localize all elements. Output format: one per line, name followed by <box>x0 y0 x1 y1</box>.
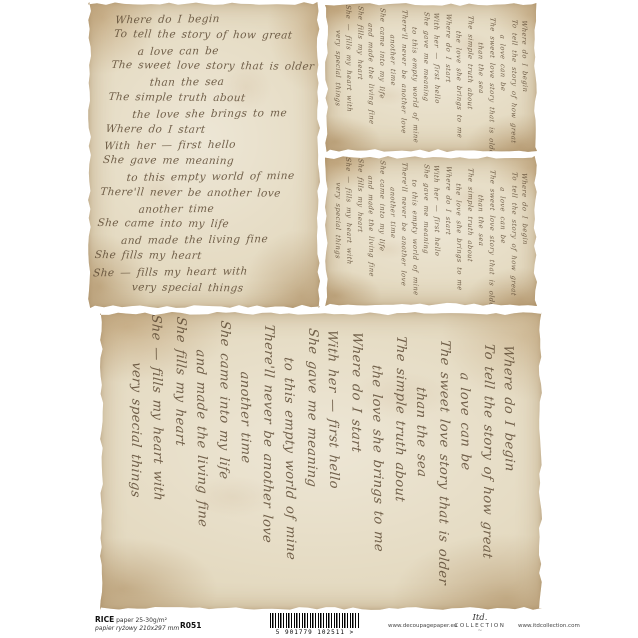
lyric-line: To tell the story of how great <box>507 18 519 159</box>
lyric-line: She fills my heart <box>353 5 365 146</box>
lyric-line: The sweet love story that is older <box>485 17 497 158</box>
lyric-line: the love she brings to me <box>106 105 323 123</box>
lyric-line: to this empty world of mine <box>408 163 421 305</box>
itd-collection-logo: Itd. COLLECTION ~ <box>448 614 512 634</box>
lyrics-block: Where do I beginTo tell the story of how… <box>75 2 333 296</box>
lyric-line: the love she brings to me <box>364 333 389 615</box>
lyric-line: She — fills my heart with <box>342 4 355 145</box>
rotated-lyrics-wrapper: Where do I beginTo tell the story of how… <box>100 312 542 610</box>
lyric-line: She — fills my heart with <box>92 263 309 281</box>
lyric-line: With her — first hello <box>430 12 443 153</box>
lyric-line: She came into my life <box>211 319 235 601</box>
lyric-line: and made the living fine <box>364 159 377 301</box>
lyrics-block: Where do I beginTo tell the story of how… <box>332 147 537 315</box>
lyric-line: and made the living fine <box>364 6 377 147</box>
lyric-line: She gave me meaning <box>419 11 431 152</box>
lyric-line: She fills my heart <box>94 248 311 266</box>
url-decoupagepaper: www.decoupagepaper.eu <box>388 623 457 629</box>
lyric-line: very special things <box>331 3 343 144</box>
lyric-line: to this empty world of mine <box>276 325 301 607</box>
handwritten-note-top-right-lower: Where do I beginTo tell the story of how… <box>325 156 537 306</box>
lyrics-block: Where do I beginTo tell the story of how… <box>124 294 542 629</box>
handwritten-note-bottom: Where do I beginTo tell the story of how… <box>100 312 542 610</box>
lyric-line: Where do I start <box>441 13 453 154</box>
lyric-line: Where do I start <box>343 331 367 613</box>
product-photo-page: { "lyrics": { "lines": [ {"text": "Where… <box>0 0 638 638</box>
lyric-line: The simple truth about <box>463 15 475 156</box>
lyric-line: the love she brings to me <box>452 14 465 155</box>
lyrics-block: Where do I beginTo tell the story of how… <box>332 0 537 161</box>
lyric-line: very special things <box>331 156 343 298</box>
lyric-line: She came into my life <box>375 7 387 148</box>
handwritten-note-top-right-upper: Where do I beginTo tell the story of how… <box>325 3 537 152</box>
lyric-line: Where do I begin <box>518 19 531 160</box>
lyric-line: There'll never be another love <box>255 323 279 605</box>
handwritten-note-top-left: Where do I beginTo tell the story of how… <box>88 2 320 308</box>
lyric-line: She gave me meaning <box>299 327 323 609</box>
lyric-line: to this empty world of mine <box>101 169 318 187</box>
barcode-bars <box>270 613 360 628</box>
rice-paper-sheet: Where do I beginTo tell the story of how… <box>0 0 638 638</box>
lyric-line: There'll never be another love <box>397 9 409 150</box>
url-itdcollection: www.itdcollection.com <box>518 623 580 629</box>
lyric-line: Where do I begin <box>496 344 521 626</box>
lyric-line: than the sea <box>474 16 487 157</box>
lyric-line: very special things <box>91 280 308 298</box>
lyric-line: The sweet love story that is older <box>431 339 455 621</box>
lyric-line: Where do I start <box>441 166 453 308</box>
lyric-line: another time <box>232 321 257 603</box>
lyric-line: than the sea <box>474 169 487 311</box>
barcode: 5 901779 102511 > <box>268 613 362 636</box>
rotated-lyrics-wrapper: Where do I beginTo tell the story of how… <box>325 3 537 152</box>
lyric-line: The simple truth about <box>463 168 475 310</box>
lyric-line: a love can be <box>496 17 509 158</box>
lyric-line: With her — first hello <box>320 329 345 611</box>
lyric-line: another time <box>386 161 399 303</box>
paper-spec-en: paper 25-30g/m² <box>116 617 167 624</box>
lyric-line: than the sea <box>408 337 433 619</box>
lyric-line: There'll never be another love <box>99 185 316 203</box>
lyric-line: She fills my heart <box>167 316 191 598</box>
product-code: R051 <box>180 621 201 630</box>
product-info-strip: RICE paper 25-30g/m² papier ryżowy 210x2… <box>0 612 638 638</box>
brand-script-text: Itd. <box>448 614 512 623</box>
rotated-lyrics-wrapper: Where do I beginTo tell the story of how… <box>325 156 537 306</box>
paper-spec-pl: papier ryżowy 210x297 mm <box>95 625 179 633</box>
lyric-line: another time <box>386 8 399 149</box>
barcode-digits: 5 901779 102511 > <box>268 629 362 636</box>
lyric-line: She gave me meaning <box>419 164 431 306</box>
lyric-line: to this empty world of mine <box>408 10 421 151</box>
lyric-line: She — fills my heart with <box>144 314 169 596</box>
lyric-line: The simple truth about <box>387 335 411 617</box>
lyric-line: There'll never be another love <box>397 162 409 304</box>
lyric-line: and made the living fine <box>188 317 213 599</box>
lyric-line: To tell the story of how great <box>507 171 519 313</box>
paper-type-label: RICE <box>95 615 114 624</box>
lyric-line: She fills my heart <box>353 158 365 300</box>
lyric-line: the love she brings to me <box>452 167 465 309</box>
lyric-line: With her — first hello <box>430 165 443 307</box>
lyric-line: The sweet love story that is older <box>485 170 497 312</box>
paper-spec: RICE paper 25-30g/m² papier ryżowy 210x2… <box>95 616 179 632</box>
lyric-line: She — fills my heart with <box>342 157 355 299</box>
lyric-line: a love can be <box>496 170 509 312</box>
lyric-line: a love can be <box>452 341 477 623</box>
lyric-line: Where do I begin <box>518 172 531 314</box>
lyric-line: To tell the story of how great <box>113 27 330 45</box>
lyric-line: To tell the story of how great <box>475 343 499 625</box>
lyric-line: very special things <box>123 312 147 594</box>
lyric-line: She came into my life <box>375 160 387 302</box>
